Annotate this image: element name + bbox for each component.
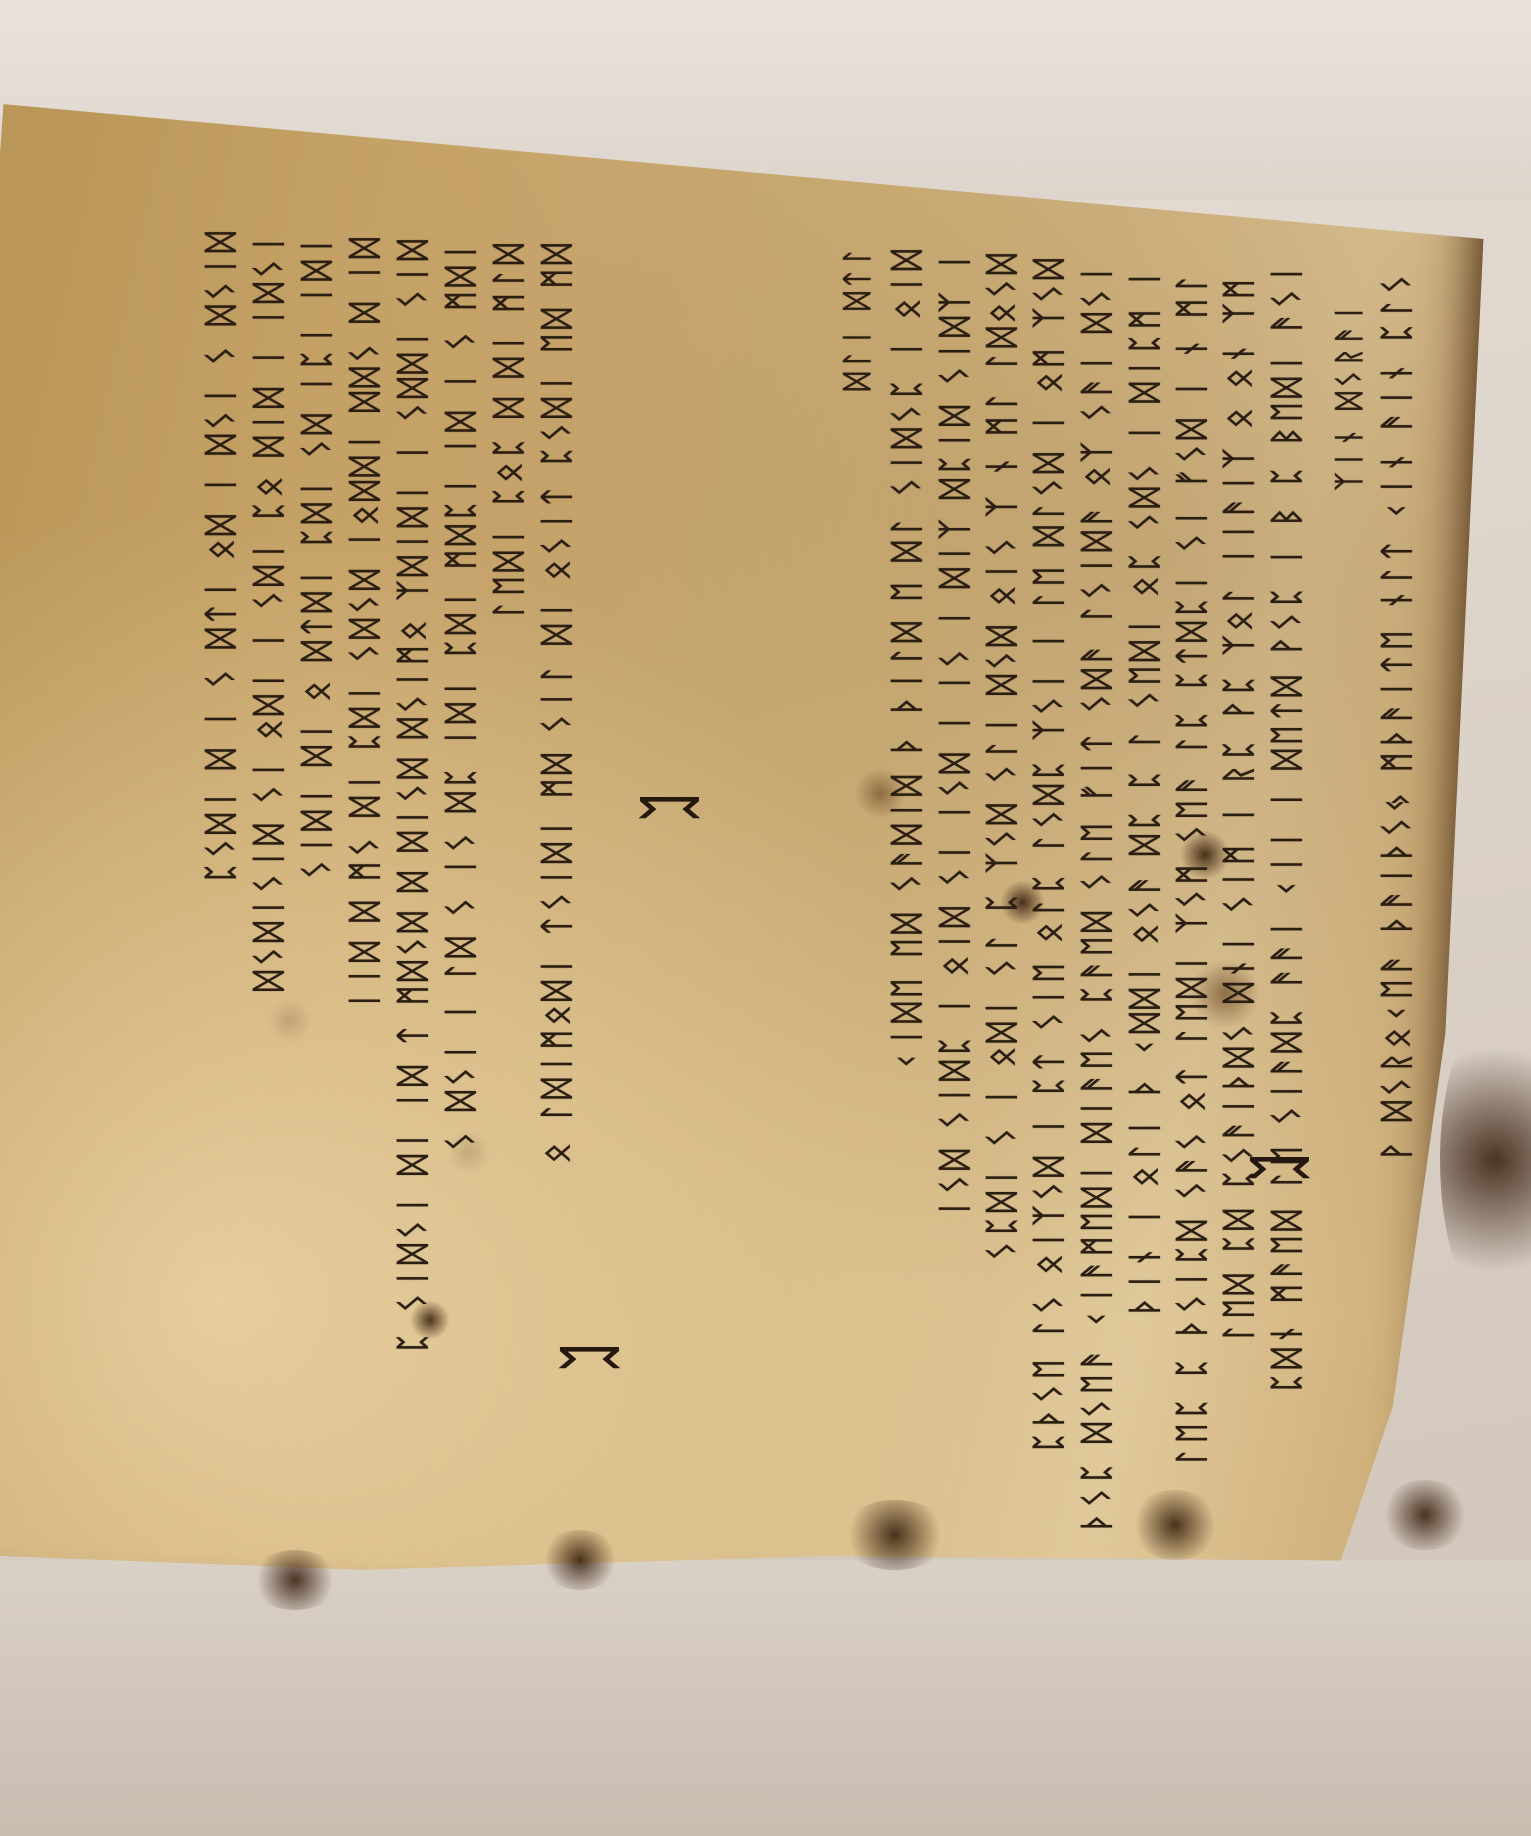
text-line: ᛚᛖᛈ ᛈ ᚦᛊᛁᛈᛞ ᛊᚫᛊ ᛟᛏ ᛚᛖᛞᛁ ᛉᛊᛗ ᛊᛖᚫ ᛚᛈ ᛈᛏᛞᛈᛁ… [1175,270,1209,1468]
text-line: ᛈᚦᛊᛖ ᛚᛊ ᛟᛁᛉᛊᛞ ᛁ ᛈᛏ ᛊᛁᛖ ᛟᛚᛈ ᛚᛊᛞᛈ ᛉᛊᛁ ᛁ ᛚᛖ… [1032,255,1066,1453]
burn-mark [250,1550,340,1610]
text-line: ᚦᛁᚾ ᛁ ᛟᛚᛁ ᚦ ᚲᛞᛞᛁ ᛟᛊᚫ ᛞᛈ ᛈ ᛚ ᛊᛖᛞᛁ ᛟᛈ ᛊᛞᛊ … [1128,265,1162,1316]
burn-mark [840,1500,950,1570]
text-line: ᛈᛞᚾ ᛗᚫᛖᛞ ᛚᛖ ᛊᛁᚫᛞᛈ ᚫᚫᛁ ᚲᛁᛁ ᛁ ᛞᛖᛏᛞ ᚹᛊᛈ ᛁ ᛒ… [1270,260,1304,1393]
text-line: ᛞᛊᛞᛁᛊᛁᛞ ᛊᛁ ᛟᛞᛁ ᛁ ᛊᛞᛁ ᛈᛟ ᛞᛁᛞ ᛁ ᛁᛞᛊᛁ [252,230,286,991]
burn-mark [540,1530,620,1590]
burn-mark [1130,1490,1220,1560]
text-line: ᛈᛊᛞᛁ ᛞ ᛁ ᛊ ᛞᛏᛁ ᛟᛞ ᛁ ᛞᛊᛁ ᛊ ᛞᛊᛁᛞ [204,228,238,883]
burn-mark [1380,1480,1470,1550]
text-line: ᛈ ᛊᛁᛞᛊᛁ ᛞᛁ ᛁᛞ ᛏ ᛗᛞᛊᛞ ᛞ ᛞᛁᛊᛞ ᛞᛊᛁᛗᛟ ᛉᛞᛁᛞᛁ … [396,236,430,1353]
text-line: ᛟ ᛚᛞᛁᛗᛟᛞᛁ ᛏᛊᛁᛞᛁ ᛗᛞ ᛊᛁᛚ ᛞᛁ ᛟᛊᛁᛏ ᛈᛊᛞᛁ ᛖᛞ ᛗ… [540,240,574,1163]
text-line: ᛁᛊᛞ ᛊᛁᛞᛈ ᛁ ᛟᛁᛞ ᛊᛁ ᛁᛊᛞ ᛁ ᛁᛊ ᛁ ᛞᛁᛉ ᛞᛈᛁᛞ ᛊᛁ… [938,248,972,1219]
text-line: ᛉᛁᚾ ᛞᛊᚱᚫᛁ [1335,300,1365,490]
text-line: ᛚᛖᛞᛁ ᛈᛟᛈ ᛞ ᛞᛁ ᛗᛚᛞ [492,240,526,621]
background-wall-bottom [0,1560,1531,1836]
text-line: ᛊᛈᛞᛁ ᛊ ᛁ ᛟᛞᛁ ᛊᛚ ᛈ ᛉᛊᛞ ᛊᛚᛁ ᛞᛊᛞ ᛟᛁᛊ ᛉ ᚾ ᛗᛚ… [985,250,1019,1261]
text-line: ᛞᛚᛁ ᛞᛏᛚ [843,244,873,390]
text-line: ᛊᛁᛞᛁ ᛞᛁ ᛟ ᛞᛏᛞᛁ ᛈᛞᛁ ᛊᛞ ᛁᛈᛁ ᛁᛞᛁ [300,232,334,880]
burn-mark [1440,1010,1531,1310]
paragraph-end-mark: ᛈ [1242,1148,1317,1186]
text-line: ᛊ ᛞᛊᛁ ᛁ ᛚᛞ ᛊ ᛁᛊ ᛞᛈ ᛁᛞᛁ ᛈᛞᛁ ᛗᛞᛈᛁ ᛁᛞ ᛁ ᛊ ᛗ… [444,238,478,1151]
text-line: ᚲᛁᛞᛖ ᛖᛞ ᛊᚫᛞᛁᛞ ᚦ ᚦᛁᛚᛞ ᛖ ᛞᛚ ᛊᛁᛞᛊᛈ ᛁ ᛟᛁᛞ [890,246,924,1072]
paragraph-end-mark: ᛈ [632,788,707,826]
text-line: ᚹ ᛞᛊᚱᛟᚲᛖᚫ ᚦᚫᛁᚦᛊᛃ ᛗᚦᚫᛁᛏᛖ ᚾᛚᛏ ᚲᛁᚾ ᚫᛁᚾ ᛈᛚᛊ [1380,270,1414,1162]
paragraph-end-mark: ᛈ [552,1338,627,1376]
text-line: ᚦᛊᛈ ᛞᛊᛖᚫ ᚲᛁᚫᛗᛖᛞᛁ ᛞᛁᚫᛖᛊ ᛈᚫᛖᛞ ᛊᛚᛖ ᚠᛁᛏ ᛊᛞᚫ … [1080,260,1114,1532]
text-line: ᛁᛁᛞ ᛞ ᛗᛊ ᛞᛁ ᛈᛞᛁ ᛊᛞᛊᛞ ᛁᛟᛞᛞᛁ ᛞᛞᛊ ᛞ ᛁᛞ [348,234,382,1011]
